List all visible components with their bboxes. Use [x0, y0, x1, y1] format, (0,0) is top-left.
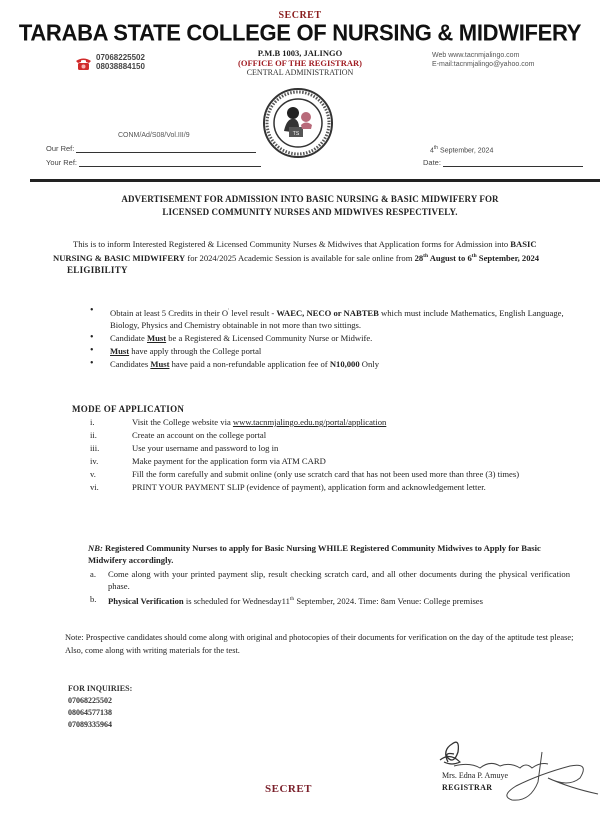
step-item: vi. PRINT YOUR PAYMENT SLIP (evidence of…	[90, 481, 570, 493]
list-item: Candidate Must be a Registered & License…	[88, 332, 570, 344]
instruction-item: b. Physical Verification is scheduled fo…	[90, 593, 570, 607]
date-field: Date:	[423, 158, 583, 167]
note-paragraph: Note: Prospective candidates should come…	[65, 632, 575, 657]
address-block: P.M.B 1003, JALINGO (OFFICE OF THE REGIS…	[200, 48, 400, 78]
intro-paragraph: This is to inform Interested Registered …	[53, 238, 563, 276]
date-line	[443, 166, 583, 167]
phone-number: 07068225502	[96, 53, 145, 62]
date-label: Date:	[423, 158, 441, 167]
inquiries-block: FOR INQUIRIES: 07068225502 08064577138 0…	[68, 683, 132, 731]
nb-label: NB:	[88, 543, 103, 553]
handwritten-signature-icon	[430, 722, 600, 812]
office-name: (OFFICE OF THE REGISTRAR)	[200, 58, 400, 68]
svg-text:TS: TS	[293, 131, 300, 137]
inquiry-phone: 07068225502	[68, 695, 132, 707]
intro-text: This is to inform Interested Registered …	[73, 239, 510, 249]
step-item: v. Fill the form carefully and submit on…	[90, 468, 570, 480]
date-value: 4th September, 2024	[430, 145, 493, 154]
our-ref-value: CONM/Ad/S08/Vol.III/9	[118, 132, 190, 139]
website-text: Web www.tacnmjalingo.com	[432, 51, 534, 60]
inquiry-phone: 08064577138	[68, 707, 132, 719]
our-ref-field: Our Ref:	[46, 144, 256, 153]
inquiries-heading: FOR INQUIRIES:	[68, 683, 132, 695]
classification-bottom: SECRET	[265, 783, 312, 795]
postal-address: P.M.B 1003, JALINGO	[200, 48, 400, 58]
verification-label: Physical Verification	[108, 596, 184, 606]
signatory-block: Mrs. Edna P. Amuye REGISTRAR	[442, 770, 508, 794]
item-text: Candidates	[110, 359, 150, 369]
signatory-name: Mrs. Edna P. Amuye	[442, 770, 508, 782]
college-seal-icon: TS	[262, 87, 334, 159]
title-line-2: LICENSED COMMUNITY NURSES AND MIDWIVES R…	[55, 206, 565, 219]
step-number: iv.	[90, 455, 132, 467]
contact-web-block: Web www.tacnmjalingo.com E-mail:tacnmjal…	[432, 51, 534, 69]
step-number: v.	[90, 468, 132, 480]
step-number: i.	[90, 416, 132, 428]
item-emphasis: Must	[150, 359, 169, 369]
our-ref-line	[76, 152, 256, 153]
exam-bodies: WAEC, NECO or NABTEB	[276, 308, 379, 318]
eligibility-list: Obtain at least 5 Credits in their O' le…	[88, 305, 570, 371]
step-number: vi.	[90, 481, 132, 493]
end-rest: September, 2024	[477, 253, 539, 263]
advertisement-title: ADVERTISEMENT FOR ADMISSION INTO BASIC N…	[55, 193, 565, 219]
step-number: ii.	[90, 429, 132, 441]
step-text: Make payment for the application form vi…	[132, 455, 570, 467]
instruction-letter: a.	[90, 568, 108, 592]
verification-instructions: a. Come along with your printed payment …	[90, 568, 570, 608]
phone-number: 08038884150	[96, 62, 145, 71]
instruction-text: September, 2024. Time: 8am Venue: Colleg…	[294, 596, 483, 606]
step-item: iv. Make payment for the application for…	[90, 455, 570, 467]
department-name: CENTRAL ADMINISTRATION	[200, 68, 400, 78]
start-day: 28	[415, 253, 424, 263]
fee-amount: N10,000	[330, 359, 360, 369]
list-item: Obtain at least 5 Credits in their O' le…	[88, 305, 570, 331]
title-line-1: ADVERTISEMENT FOR ADMISSION INTO BASIC N…	[55, 193, 565, 206]
step-text: PRINT YOUR PAYMENT SLIP (evidence of pay…	[132, 481, 570, 493]
your-ref-line	[79, 166, 261, 167]
step-text: Visit the College website via	[132, 417, 233, 427]
step-text: Use your username and password to log in	[132, 442, 570, 454]
item-text: Obtain at least 5 Credits in their O	[110, 308, 228, 318]
item-text: level result -	[229, 308, 276, 318]
step-text: Create an account on the college portal	[132, 429, 570, 441]
header-divider	[30, 179, 600, 182]
date-rest: September, 2024	[438, 147, 493, 154]
step-item: ii. Create an account on the college por…	[90, 429, 570, 441]
nb-notice: NB: Registered Community Nurses to apply…	[88, 542, 570, 566]
telephone-icon	[75, 57, 92, 70]
instruction-item: a. Come along with your printed payment …	[90, 568, 570, 592]
step-text: Fill the form carefully and submit onlin…	[132, 468, 570, 480]
item-text: Candidate	[110, 333, 147, 343]
inquiry-phone: 07089335964	[68, 719, 132, 731]
list-item: Candidates Must have paid a non-refundab…	[88, 358, 570, 370]
item-text: Only	[360, 359, 379, 369]
item-text: have apply through the College portal	[129, 346, 261, 356]
our-ref-label: Our Ref:	[46, 144, 74, 153]
email-text: E-mail:tacnmjalingo@yahoo.com	[432, 60, 534, 69]
item-emphasis: Must	[110, 346, 129, 356]
signatory-title: REGISTRAR	[442, 782, 508, 794]
item-emphasis: Must	[147, 333, 166, 343]
portal-link[interactable]: www.tacnmjalingo.edu.ng/portal/applicati…	[233, 417, 386, 427]
list-item: Must have apply through the College port…	[88, 345, 570, 357]
item-text: be a Registered & Licensed Community Nur…	[166, 333, 372, 343]
instruction-letter: b.	[90, 593, 108, 607]
step-item: iii. Use your username and password to l…	[90, 442, 570, 454]
mode-heading: MODE OF APPLICATION	[72, 404, 184, 414]
instruction-text: is scheduled for Wednesday11	[184, 596, 290, 606]
step-number: iii.	[90, 442, 132, 454]
eligibility-heading: ELIGIBILITY	[67, 264, 563, 276]
step-item: i. Visit the College website via www.tac…	[90, 416, 570, 428]
application-steps: i. Visit the College website via www.tac…	[90, 416, 570, 494]
item-text: have paid a non-refundable application f…	[169, 359, 329, 369]
institution-name: TARABA STATE COLLEGE OF NURSING & MIDWIF…	[0, 19, 600, 46]
your-ref-field: Your Ref:	[46, 158, 261, 167]
instruction-text: Come along with your printed payment sli…	[108, 568, 570, 592]
phone-numbers: 07068225502 08038884150	[96, 53, 145, 71]
start-rest: August to	[428, 253, 467, 263]
nb-text: Registered Community Nurses to apply for…	[88, 543, 541, 565]
your-ref-label: Your Ref:	[46, 158, 77, 167]
intro-text: for 2024/2025 Academic Session is availa…	[185, 253, 414, 263]
